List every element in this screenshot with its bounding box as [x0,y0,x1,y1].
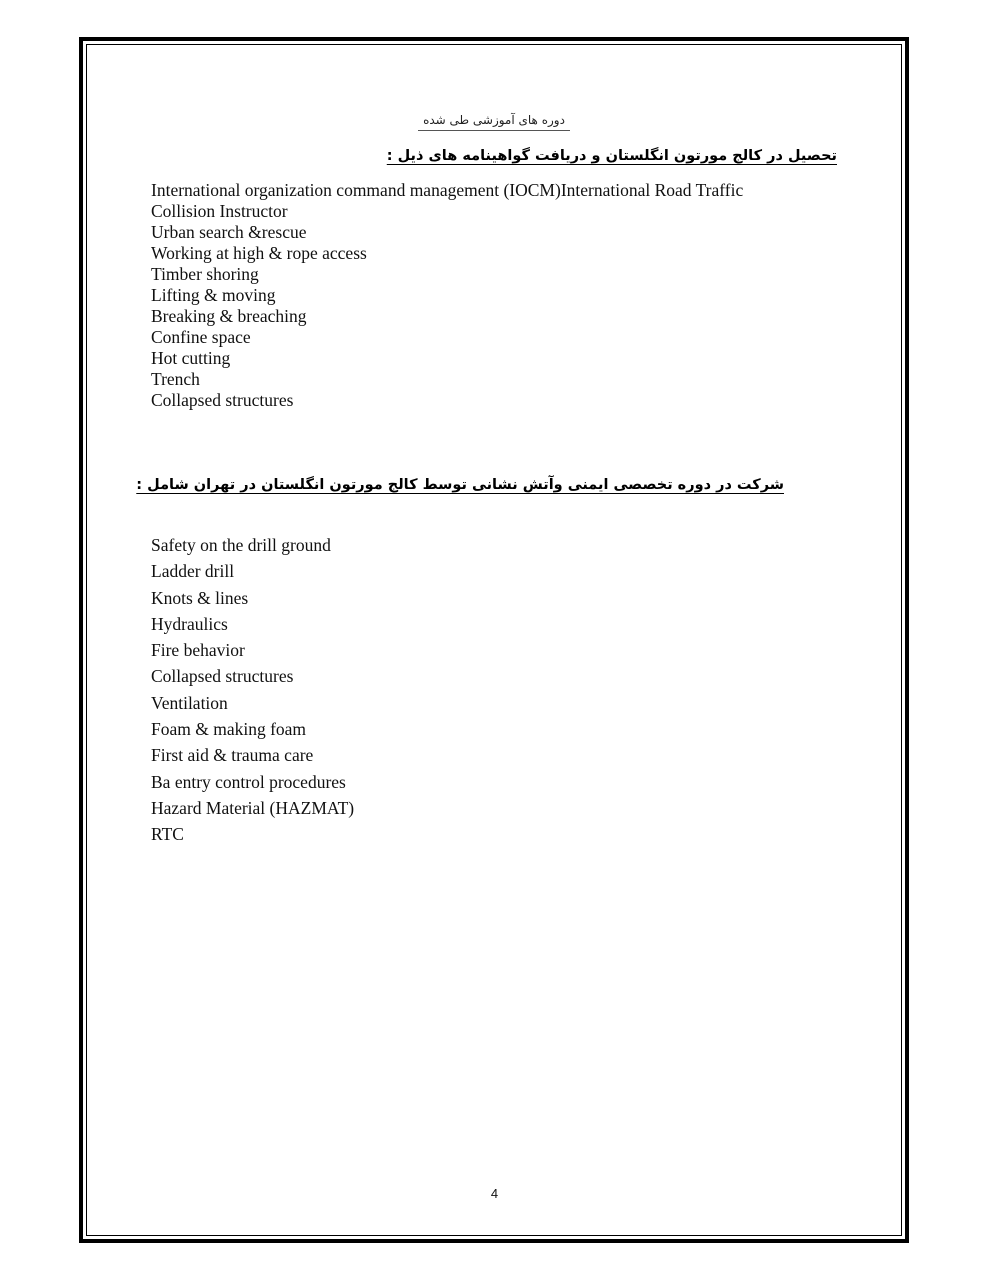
list-item: Hazard Material (HAZMAT) [151,795,354,821]
list-item: Lifting & moving [151,285,743,306]
running-header: دوره های آموزشی طی شده [418,113,570,131]
list-item: Collapsed structures [151,390,743,411]
list-item: International organization command manag… [151,180,743,201]
list-item: Hydraulics [151,611,354,637]
list-item: Ventilation [151,690,354,716]
list-item: Confine space [151,327,743,348]
section-2-list: Safety on the drill ground Ladder drill … [151,532,354,848]
list-item: Safety on the drill ground [151,532,354,558]
list-item: Urban search &rescue [151,222,743,243]
list-item: Breaking & breaching [151,306,743,327]
list-item: Fire behavior [151,637,354,663]
section-2-heading: شرکت در دوره تخصصی ایمنی وآتش نشانی توسط… [136,477,784,493]
list-item: Foam & making foam [151,716,354,742]
list-item: First aid & trauma care [151,742,354,768]
list-item: Ladder drill [151,558,354,584]
list-item: Ba entry control procedures [151,769,354,795]
section-1-list: International organization command manag… [151,180,743,411]
list-item: Collapsed structures [151,663,354,689]
page-number: 4 [0,1186,989,1201]
list-item: RTC [151,821,354,847]
list-item: Hot cutting [151,348,743,369]
section-1-heading: تحصیل در کالج مورتون انگلستان و دریافت گ… [387,148,837,164]
list-item: Timber shoring [151,264,743,285]
list-item: Knots & lines [151,585,354,611]
list-item: Trench [151,369,743,390]
list-item: Working at high & rope access [151,243,743,264]
list-item: Collision Instructor [151,201,743,222]
